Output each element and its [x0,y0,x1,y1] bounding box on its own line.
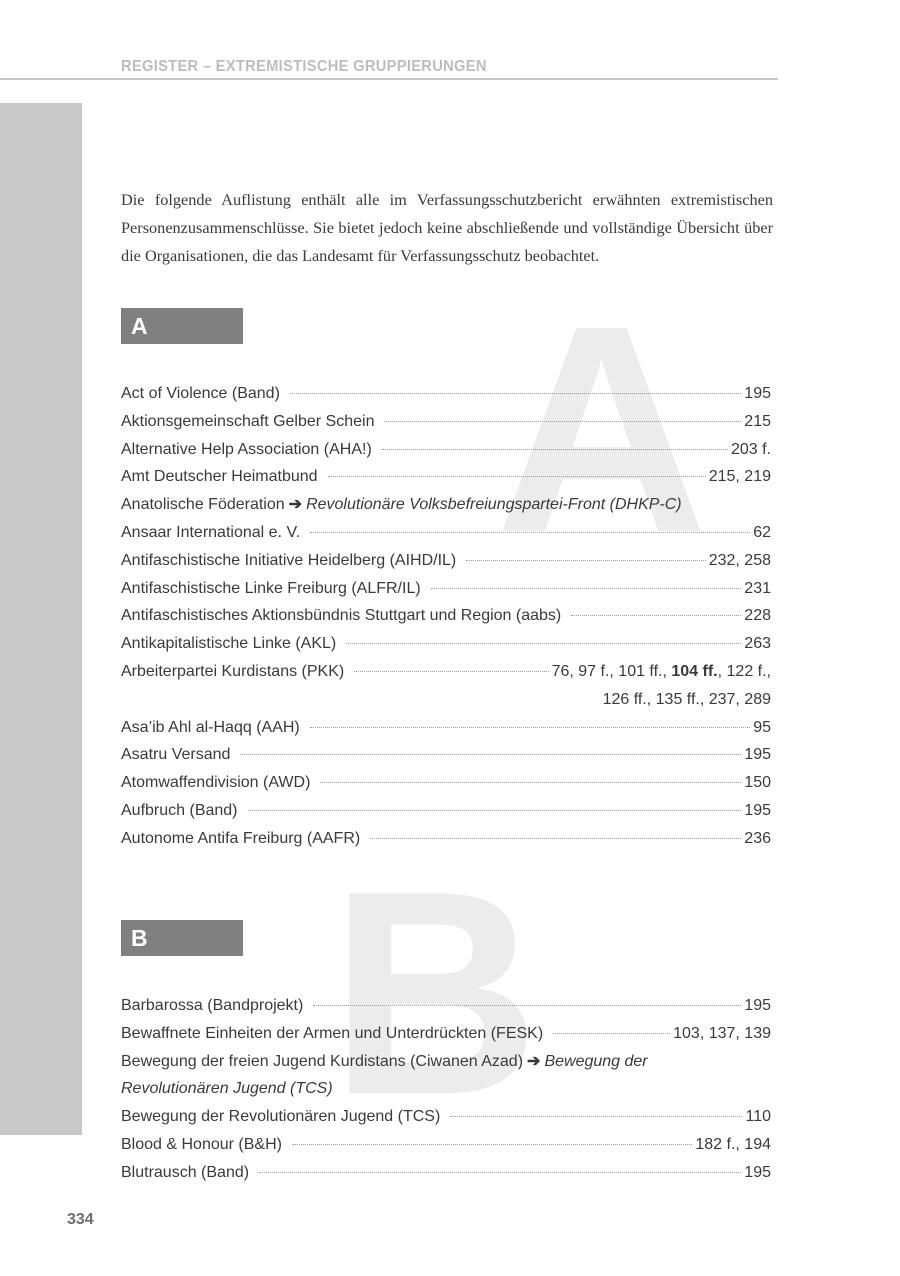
entry-name: Amt Deutscher Heimatbund [121,463,318,491]
entry-pages: 110 [745,1103,771,1131]
leader-dots [370,837,741,839]
entry-pages: 215, 219 [709,463,771,491]
entry-name: Asatru Versand [121,741,230,769]
pages-part: , 122 f., [718,663,771,680]
entry-pages: 103, 137, 139 [673,1020,771,1048]
entry-pages: 150 [744,769,771,797]
index-entry: Antifaschistisches Aktionsbündnis Stuttg… [121,602,771,630]
index-entry-continuation: 126 ff., 135 ff., 237, 289 [121,686,771,714]
pages-main-reference: 104 ff. [671,663,717,680]
entry-pages: 95 [753,714,771,742]
leader-dots [328,475,706,477]
index-entry: Asa’ib Ahl al-Haqq (AAH)95 [121,714,771,742]
leader-dots [292,1143,692,1145]
entry-name: Aktionsgemeinschaft Gelber Schein [121,408,374,436]
entry-name: Antifaschistische Initiative Heidelberg … [121,547,456,575]
entry-name: Antikapitalistische Linke (AKL) [121,630,336,658]
entry-name: Arbeiterpartei Kurdistans (PKK) [121,658,344,686]
entry-name: Antifaschistisches Aktionsbündnis Stuttg… [121,602,561,630]
leader-dots [450,1115,742,1117]
entry-pages: 195 [744,741,771,769]
leader-dots [248,809,742,811]
leader-dots [346,642,741,644]
entry-name: Bewaffnete Einheiten der Armen und Unter… [121,1020,543,1048]
entry-pages: 62 [753,519,771,547]
cross-reference-link[interactable]: Bewegung der [544,1053,647,1070]
index-entry: Antifaschistische Initiative Heidelberg … [121,547,771,575]
index-entry: Barbarossa (Bandprojekt)195 [121,992,771,1020]
entry-name: Barbarossa (Bandprojekt) [121,992,303,1020]
entry-name: Alternative Help Association (AHA!) [121,436,372,464]
index-entry: Bewegung der Revolutionären Jugend (TCS)… [121,1103,771,1131]
entry-pages: 203 f. [731,436,771,464]
entry-pages: 228 [744,602,771,630]
intro-paragraph: Die folgende Auflistung enthält alle im … [121,186,773,270]
index-entry: Alternative Help Association (AHA!)203 f… [121,436,771,464]
entry-pages: 231 [744,575,771,603]
entry-pages: 195 [744,797,771,825]
leader-dots [354,670,548,672]
leader-dots [240,753,741,755]
page-number: 334 [67,1211,94,1229]
index-entry-cross-reference: Anatolische Föderation➔Revolutionäre Vol… [121,491,771,519]
leader-dots [313,1004,741,1006]
entry-pages: 215 [744,408,771,436]
leader-dots [310,531,750,533]
index-entry: Autonome Antifa Freiburg (AAFR)236 [121,825,771,853]
entry-name: Atomwaffendivision (AWD) [121,769,310,797]
entry-name: Anatolische Föderation [121,491,285,519]
entry-pages: 195 [744,1159,771,1187]
index-entry: Aktionsgemeinschaft Gelber Schein215 [121,408,771,436]
running-head: REGISTER – EXTREMISTISCHE GRUPPIERUNGEN [121,58,487,76]
index-entry-cross-reference: Bewegung der freien Jugend Kurdistans (C… [121,1048,771,1076]
leader-dots [384,420,741,422]
entry-name: Asa’ib Ahl al-Haqq (AAH) [121,714,300,742]
leader-dots [290,392,741,394]
entry-pages: 182 f., 194 [695,1131,771,1159]
entry-pages: 195 [744,380,771,408]
header-rule [0,78,778,80]
entry-pages: 195 [744,992,771,1020]
entry-pages: 126 ff., 135 ff., 237, 289 [603,686,771,714]
leader-dots [382,448,728,450]
index-entry: Amt Deutscher Heimatbund215, 219 [121,463,771,491]
entry-pages: 236 [744,825,771,853]
index-list-b: Barbarossa (Bandprojekt)195 Bewaffnete E… [121,992,771,1187]
entry-name: Antifaschistische Linke Freiburg (ALFR/I… [121,575,421,603]
index-entry: Aufbruch (Band)195 [121,797,771,825]
entry-pages: 76, 97 f., 101 ff., 104 ff., 122 f., [552,658,771,686]
index-entry: Atomwaffendivision (AWD)150 [121,769,771,797]
index-list-a: Act of Violence (Band)195 Aktionsgemeins… [121,380,771,853]
leader-dots [259,1171,741,1173]
side-bar-decoration [0,103,82,1135]
index-entry: Blutrausch (Band)195 [121,1159,771,1187]
see-arrow-icon: ➔ [527,1053,540,1070]
index-entry: Arbeiterpartei Kurdistans (PKK)76, 97 f.… [121,658,771,686]
entry-name: Autonome Antifa Freiburg (AAFR) [121,825,360,853]
index-entry: Bewaffnete Einheiten der Armen und Unter… [121,1020,771,1048]
entry-name: Blutrausch (Band) [121,1159,249,1187]
index-entry: Act of Violence (Band)195 [121,380,771,408]
entry-name: Bewegung der Revolutionären Jugend (TCS) [121,1103,440,1131]
entry-name: Aufbruch (Band) [121,797,238,825]
leader-dots [571,614,741,616]
leader-dots [466,559,705,561]
entry-pages: 263 [744,630,771,658]
index-entry: Ansaar International e. V.62 [121,519,771,547]
section-heading-b: B [121,920,243,956]
see-arrow-icon: ➔ [289,491,302,519]
pages-part: 76, 97 f., 101 ff., [552,663,672,680]
leader-dots [320,781,741,783]
leader-dots [553,1032,670,1034]
section-heading-a: A [121,308,243,344]
entry-pages: 232, 258 [709,547,771,575]
entry-name: Ansaar International e. V. [121,519,300,547]
index-entry: Blood & Honour (B&H)182 f., 194 [121,1131,771,1159]
index-entry: Asatru Versand195 [121,741,771,769]
index-entry-cross-reference-continuation: Revolutionären Jugend (TCS) [121,1075,771,1103]
cross-reference-link[interactable]: Revolutionäre Volksbefreiungspartei-Fron… [306,491,682,519]
leader-dots [431,587,742,589]
cross-reference-link[interactable]: Revolutionären Jugend (TCS) [121,1080,333,1097]
entry-name: Bewegung der freien Jugend Kurdistans (C… [121,1053,523,1070]
entry-name: Act of Violence (Band) [121,380,280,408]
entry-name: Blood & Honour (B&H) [121,1131,282,1159]
index-entry: Antifaschistische Linke Freiburg (ALFR/I… [121,575,771,603]
index-entry: Antikapitalistische Linke (AKL)263 [121,630,771,658]
leader-dots [310,726,750,728]
